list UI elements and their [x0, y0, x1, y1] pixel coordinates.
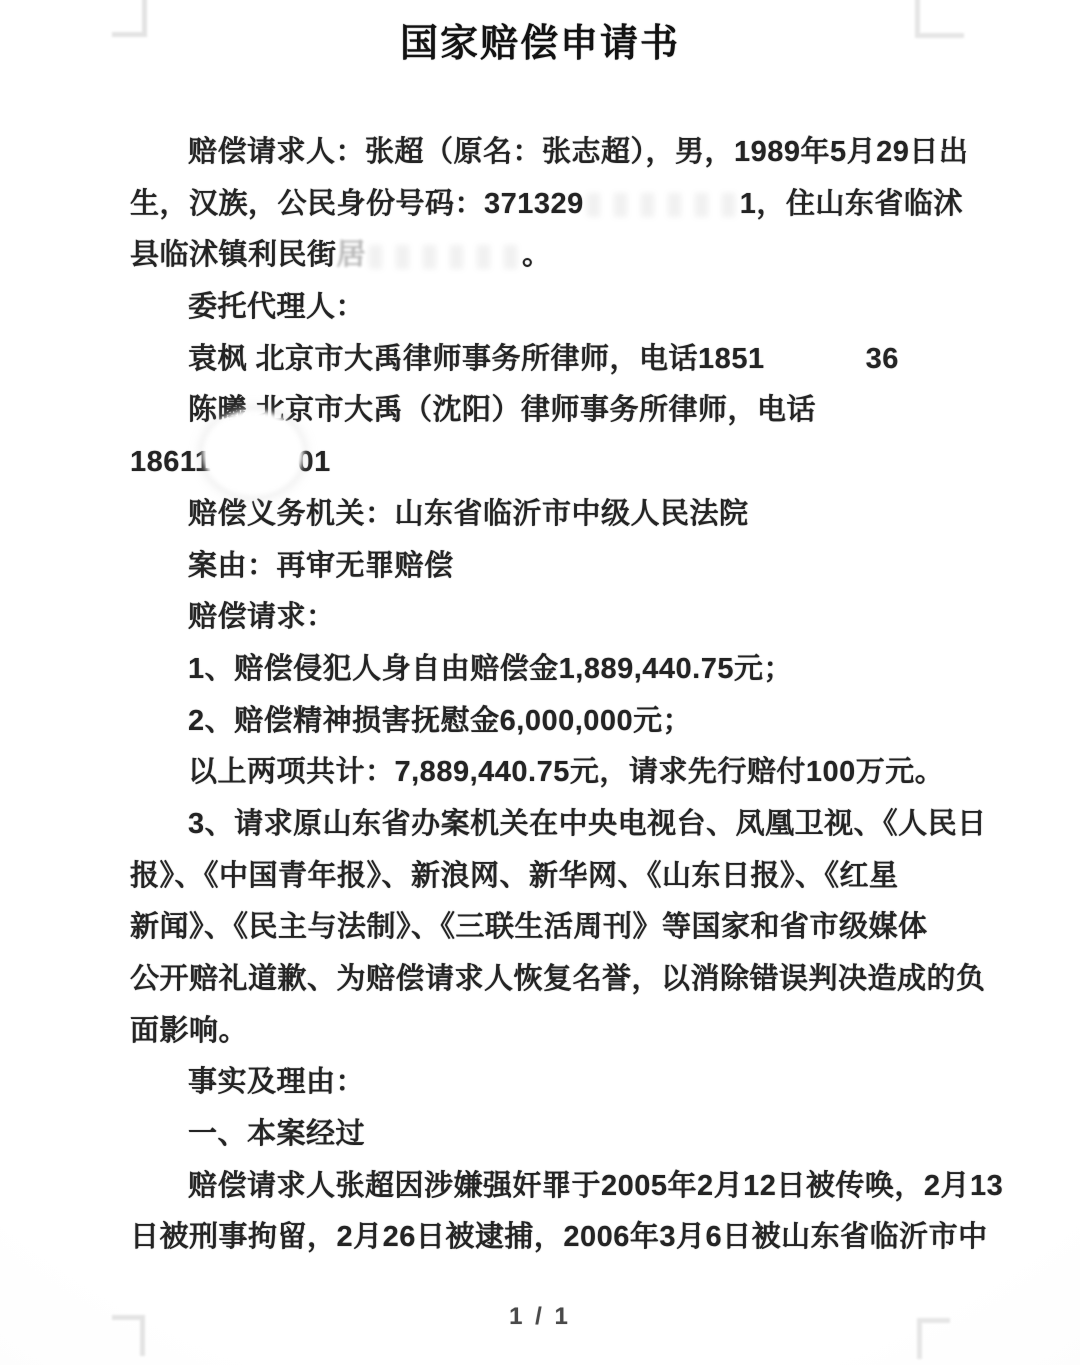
text-run: 事实及理由： [188, 1066, 365, 1098]
text-run: 袁枫 北京市大禹律师事务所律师，电话1851 [188, 343, 765, 375]
text-run: 1、赔偿侵犯人身自由赔偿金1,889,440.75元； [188, 653, 793, 685]
document-photo: 国家赔偿申请书 赔偿请求人：张超（原名：张志超），男，1989年5月29日出生，… [0, 0, 1080, 1365]
document-line: 3、请求原山东省办案机关在中央电视台、凤凰卫视、《人民日 [130, 799, 958, 851]
document-line: 新闻》、《民主与法制》、《三联生活周刊》等国家和省市级媒体 [130, 902, 958, 954]
text-run: 赔偿请求人张超因涉嫌强奸罪于2005年2月12日被传唤，2月13 [188, 1170, 1003, 1202]
document-line: 面影响。 [130, 1006, 958, 1058]
censor-blob [203, 410, 303, 496]
document-line: 报》、《中国青年报》、新浪网、新华网、《山东日报》、《红星 [130, 851, 958, 903]
text-run: 案由：再审无罪赔偿 [188, 550, 454, 582]
document-line: 一、本案经过 [130, 1109, 958, 1161]
faded-text-run: 居 [337, 239, 367, 271]
page-indicator: 1 / 1 [0, 1303, 1080, 1331]
text-run: 3、请求原山东省办案机关在中央电视台、凤凰卫视、《人民日 [188, 808, 987, 840]
document-line: 生，汉族，公民身份号码：3713291，住山东省临沭 [130, 179, 958, 231]
text-run: 生，汉族，公民身份号码：371329 [130, 188, 584, 220]
text-run: 36 [866, 343, 899, 375]
document-line: 赔偿请求： [130, 592, 958, 644]
address-redaction [369, 245, 519, 269]
document-line: 赔偿请求人：张超（原名：张志超），男，1989年5月29日出 [130, 127, 958, 179]
id-number-redaction [587, 193, 737, 217]
text-run: 日被刑事拘留，2月26日被逮捕，2006年3月6日被山东省临沂市中 [130, 1221, 988, 1253]
document-line: 赔偿请求人张超因涉嫌强奸罪于2005年2月12日被传唤，2月13 [130, 1161, 958, 1213]
text-run: 县临沭镇利民街 [130, 239, 337, 271]
document-line: 公开赔礼道歉、为赔偿请求人恢复名誉，以消除错误判决造成的负 [130, 954, 958, 1006]
text-run: 赔偿请求： [188, 601, 336, 633]
document-body: 赔偿请求人：张超（原名：张志超），男，1989年5月29日出生，汉族，公民身份号… [130, 127, 958, 1264]
document-line: 以上两项共计：7,889,440.75元，请求先行赔付100万元。 [130, 747, 958, 799]
document-line: 赔偿义务机关：山东省临沂市中级人民法院 [130, 489, 958, 541]
text-run: 1，住山东省临沭 [740, 188, 963, 220]
text-run: 。 [522, 239, 552, 271]
document-line: 2、赔偿精神损害抚慰金6,000,000元； [130, 696, 958, 748]
document-line: 袁枫 北京市大禹律师事务所律师，电话185136 [130, 334, 958, 386]
text-run: 报》、《中国青年报》、新浪网、新华网、《山东日报》、《红星 [130, 860, 899, 892]
text-run: 赔偿请求人：张超（原名：张志超），男，1989年5月29日出 [188, 136, 968, 168]
text-run: 一、本案经过 [188, 1118, 365, 1150]
text-run: 新闻》、《民主与法制》、《三联生活周刊》等国家和省市级媒体 [130, 911, 928, 943]
text-run: 2、赔偿精神损害抚慰金6,000,000元； [188, 705, 692, 737]
text-run: 公开赔礼道歉、为赔偿请求人恢复名誉，以消除错误判决造成的负 [130, 963, 986, 995]
text-run: 以上两项共计：7,889,440.75元，请求先行赔付100万元。 [188, 756, 944, 788]
document-line: 事实及理由： [130, 1057, 958, 1109]
document-title: 国家赔偿申请书 [0, 12, 1080, 67]
document-line: 案由：再审无罪赔偿 [130, 541, 958, 593]
document-line: 1、赔偿侵犯人身自由赔偿金1,889,440.75元； [130, 644, 958, 696]
document-line: 县临沭镇利民街居。 [130, 230, 958, 282]
text-run: 委托代理人： [188, 291, 365, 323]
text-run: 面影响。 [130, 1015, 248, 1047]
document-line: 委托代理人： [130, 282, 958, 334]
text-run: 18611 [130, 446, 212, 478]
text-run: 赔偿义务机关：山东省临沂市中级人民法院 [188, 498, 749, 530]
document-line: 日被刑事拘留，2月26日被逮捕，2006年3月6日被山东省临沂市中 [130, 1212, 958, 1264]
phone-redaction-1 [768, 348, 863, 372]
